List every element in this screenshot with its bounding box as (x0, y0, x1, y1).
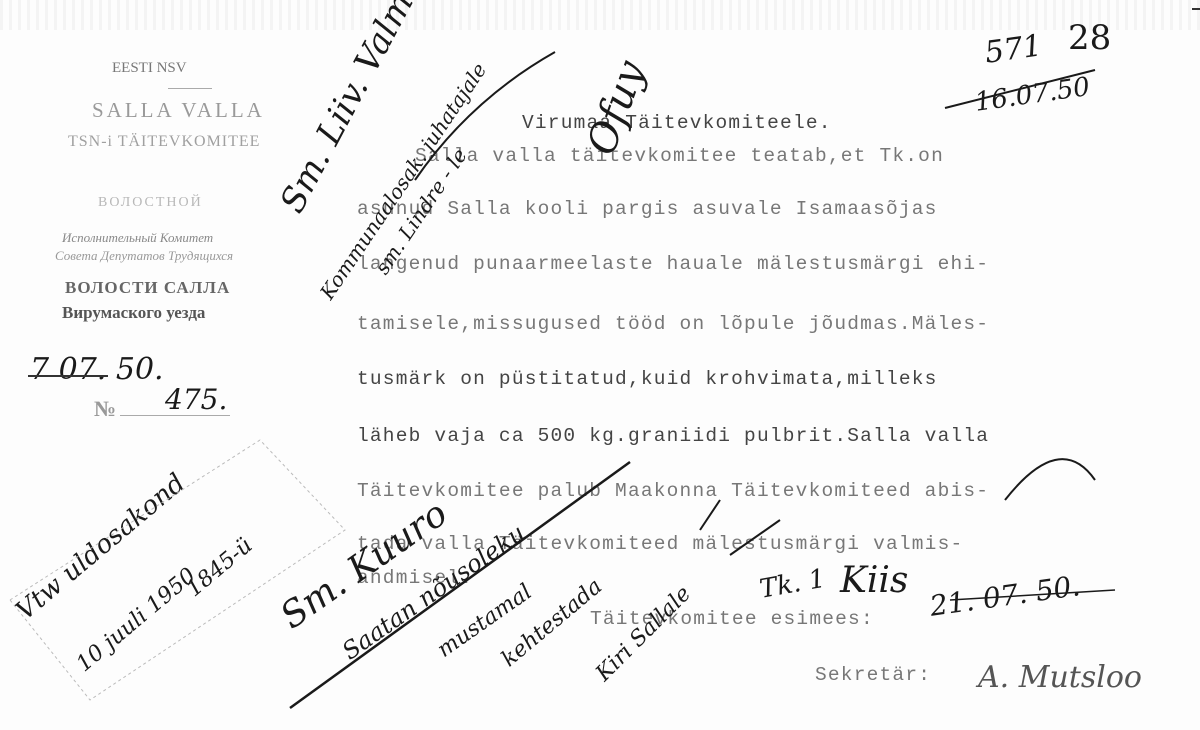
fraction-line (945, 70, 1095, 108)
underline-stroke-bottom (290, 462, 630, 708)
receipt-stamp-box (10, 440, 345, 700)
handwriting-strokes (0, 0, 1200, 730)
document-page: EESTI NSV SALLA VALLA TSN-i TÄITEVKOMITE… (0, 0, 1200, 730)
underline-stroke-top (415, 52, 555, 180)
